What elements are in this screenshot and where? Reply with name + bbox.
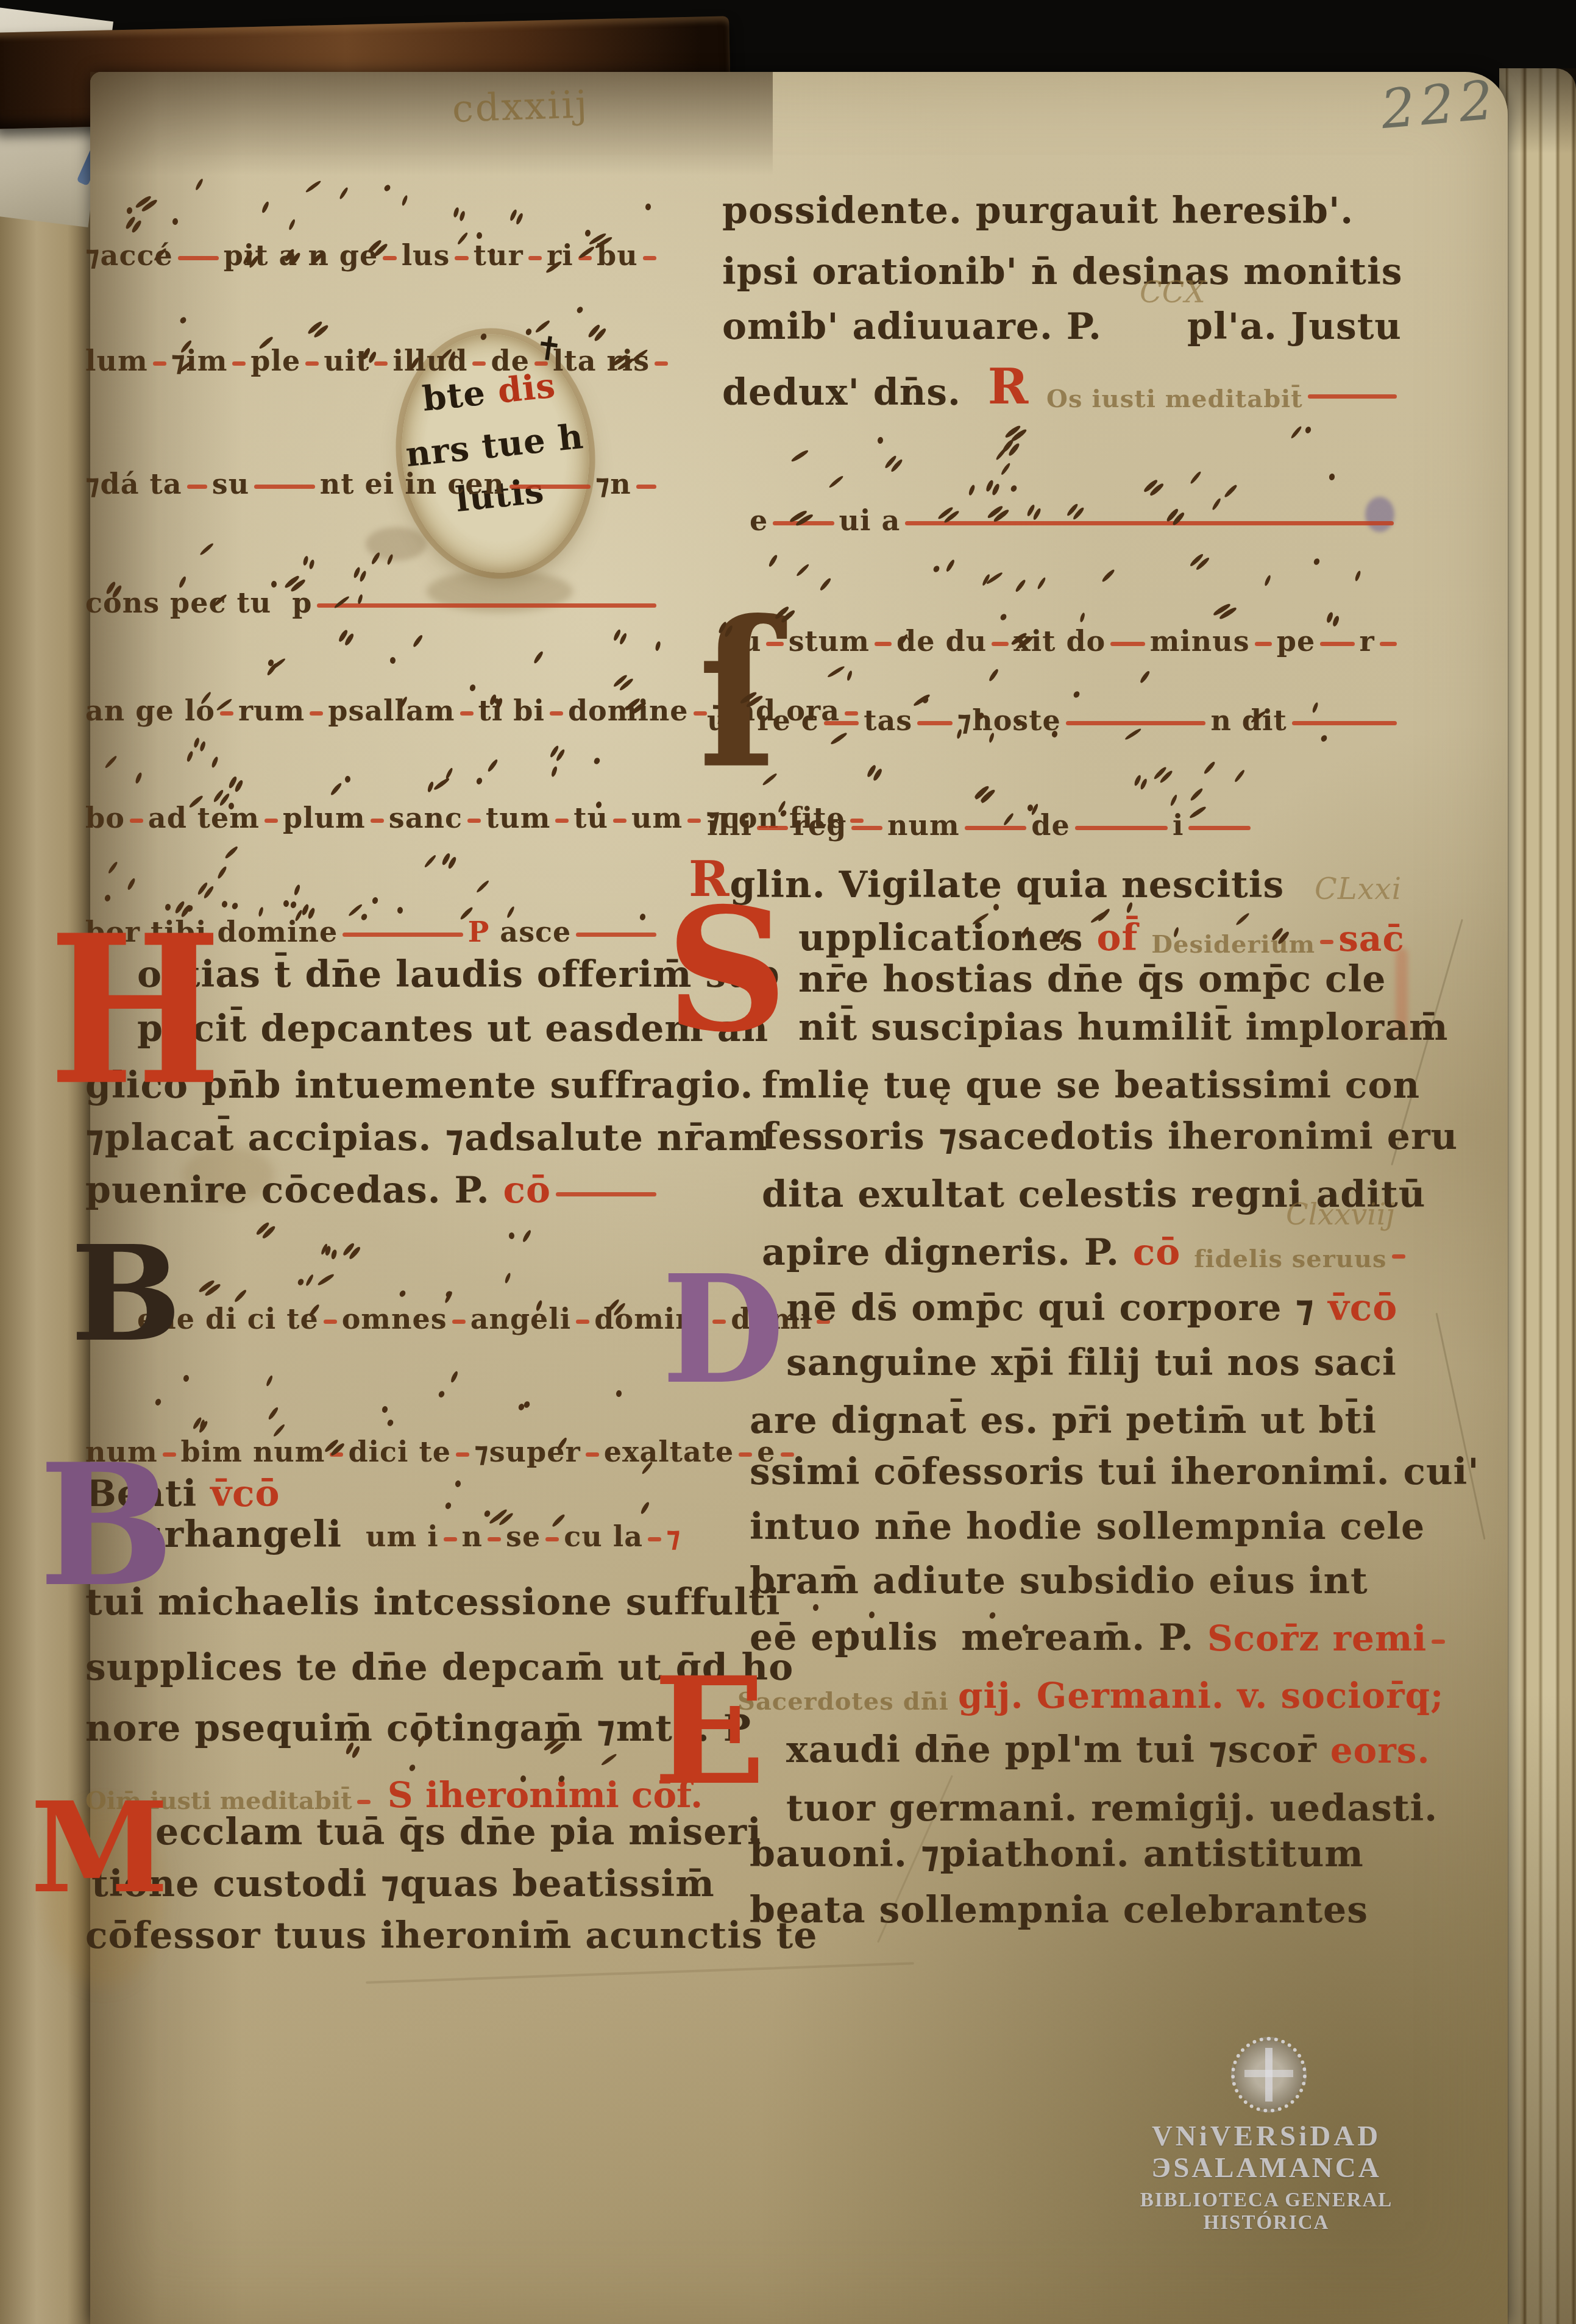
syllable: tione custodi ⁊quas beatissim̄ <box>91 1865 715 1903</box>
syllable: de <box>1031 811 1070 840</box>
text-line: CCX <box>1140 277 1237 308</box>
initial-h-hostias: H <box>49 926 221 1095</box>
syllable: um i <box>366 1522 439 1551</box>
syllable: v̄cō <box>1328 1289 1397 1327</box>
initial-s-supplicationes: S <box>666 901 788 1040</box>
music-line: ustumde duxit dominusper <box>740 627 1402 656</box>
text-line: puenire cōcedas. P. cō <box>85 1171 661 1210</box>
syllable: ⁊n <box>595 469 631 499</box>
syllable: ⁊hoste <box>957 706 1061 735</box>
staff-line-red <box>220 711 233 716</box>
syllable: bram̄ adiute subsidio eius int <box>750 1562 1368 1601</box>
syllable: psallam <box>328 696 455 725</box>
syllable: dici te <box>348 1437 451 1466</box>
staff-line-red <box>965 826 1027 830</box>
staff-line-red <box>1292 721 1397 725</box>
syllable: e <box>750 506 768 535</box>
initial-e-exaudi: E <box>653 1671 765 1792</box>
staff-line-red <box>1308 394 1397 399</box>
syllable: CLxxi <box>1315 874 1402 904</box>
syllable: Os iusti meditabit̄ <box>1046 386 1303 412</box>
syllable: tum <box>486 803 550 833</box>
syllable: ad tem <box>148 803 260 833</box>
staff-line-red <box>545 1537 559 1541</box>
text-line: bram̄ adiute subsidio eius int <box>750 1562 1402 1601</box>
text-line: are dignat̄ es. pr̄i petim̄ ut bt̄i <box>750 1402 1402 1440</box>
staff-line-red <box>555 819 569 823</box>
page-number: 222 <box>1379 68 1500 141</box>
syllable: reg <box>793 811 847 840</box>
syllable: num <box>887 811 960 840</box>
syllable: an ge lo <box>85 696 215 725</box>
syllable: lus <box>402 241 450 270</box>
text-line: tuor germani. remigij. uedasti. <box>786 1789 1402 1828</box>
staff-line-red <box>1110 642 1145 646</box>
staff-line-red <box>488 1537 501 1541</box>
syllable: nr̄e hostias dn̄e q̄s omp̄c cle <box>798 961 1386 999</box>
folio-mark: cdxxiij <box>452 82 590 131</box>
staff-line-red <box>824 721 859 725</box>
staff-line-red <box>917 721 952 725</box>
music-line: lum⁊impleuitilluddelta ris <box>85 346 661 375</box>
text-line: beata sollempnia celebrantes <box>750 1891 1402 1930</box>
staff-line-red <box>586 1452 599 1457</box>
staff-line-red <box>643 256 656 260</box>
syllable: ple <box>250 346 300 375</box>
neume-punctum <box>877 1627 883 1633</box>
syllable: ui a <box>839 506 901 535</box>
syllable: intuo nn̄e hodie sollempnia cele <box>750 1508 1425 1546</box>
syllable: Scor̄z remi <box>1207 1620 1427 1657</box>
text-line: eē epulismeream̄. P. Scor̄z remi <box>750 1619 1402 1657</box>
text-line: Oim̄ iusti meditabit̄ S iheronimi cōf. <box>85 1777 661 1814</box>
staff-line-red <box>1188 826 1251 830</box>
staff-line-red <box>576 1320 589 1324</box>
syllable: exaltate <box>604 1437 734 1466</box>
university-seal-watermark <box>1231 2037 1307 2113</box>
syllable: bim num <box>181 1437 325 1466</box>
syllable: gij. Germani. v. socior̄q; <box>958 1677 1444 1715</box>
staff-line-red <box>371 819 384 823</box>
syllable: tur <box>474 241 524 270</box>
text-line: fmlię tuę que se beatissimi con <box>762 1067 1402 1105</box>
watermark-line-3: BIBLIOTECA GENERAL HISTÓRICA <box>1114 2189 1419 2234</box>
staff-line-red <box>550 711 563 716</box>
show-through-word: nrs tue h <box>404 416 586 475</box>
staff-line-red <box>317 603 656 608</box>
syllable: beata sollempnia celebrantes <box>750 1891 1368 1930</box>
syllable: uit <box>324 346 369 375</box>
syllable: tui michaelis intcessione suffulti <box>85 1583 781 1622</box>
syllable: R <box>988 361 1046 412</box>
staff-line-red <box>232 361 246 366</box>
syllable: eors. <box>1330 1732 1430 1769</box>
text-line: nr̄e hostias dn̄e q̄s omp̄c cle <box>798 961 1402 999</box>
text-line: nit̄ suscipias humilit̄ imploram̄ <box>798 1009 1402 1047</box>
syllable: P <box>468 917 500 947</box>
syllable: sac̄ <box>1338 920 1405 958</box>
text-line: xaudi dn̄e ppl'm tui ⁊scor̄ eors. <box>786 1731 1402 1769</box>
staff-line-red <box>264 819 278 823</box>
syllable: plum <box>283 803 366 833</box>
music-line: um insecu la⁊ <box>366 1522 661 1551</box>
neume-punctum <box>397 907 403 914</box>
staff-line-red <box>1320 642 1354 646</box>
syllable: ecclam tuā q̄s dn̄e pia miseri <box>155 1813 762 1852</box>
syllable: pl'a. Justu <box>1187 308 1402 346</box>
staff-line-red <box>310 711 323 716</box>
syllable: domine <box>568 696 689 725</box>
syllable: xaudi dn̄e ppl'm tui ⁊scor̄ <box>786 1731 1330 1769</box>
syllable: minus <box>1150 627 1250 656</box>
syllable: r <box>1360 627 1375 656</box>
staff-line-red <box>992 642 1009 646</box>
syllable: tas <box>864 706 912 735</box>
syllable: omib' adiuuare. P. <box>722 308 1102 346</box>
staff-line-red <box>472 361 486 366</box>
neume-punctum <box>283 900 289 908</box>
staff-line-red <box>636 485 656 489</box>
syllable: fessoris ⁊sacedotis iheronimi eru <box>762 1118 1458 1156</box>
staff-line-red <box>383 256 396 260</box>
text-line: Sacerdotes dn̄i gij. Germani. v. socior̄… <box>737 1677 1402 1715</box>
syllable: glin. Vigilate quia nescitis <box>729 866 1284 904</box>
syllable: nt ei in cen <box>320 469 505 499</box>
staff-line-red <box>374 361 388 366</box>
staff-line-red <box>534 361 548 366</box>
text-line: upplicationes of̄ Desideriumsac̄ <box>798 919 1402 958</box>
text-line: tione custodi ⁊quas beatissim̄ <box>91 1865 661 1903</box>
syllable: eē epulis <box>750 1619 938 1657</box>
text-line: Rglin. Vigilate quia nescitisCLxxi <box>689 853 1402 904</box>
syllable: puenire cōcedas. P. <box>85 1171 503 1210</box>
text-line: intuo nn̄e hodie sollempnia cele <box>750 1508 1402 1546</box>
staff-line-red <box>905 521 1394 525</box>
staff-line-red <box>1320 940 1333 944</box>
syllable: Sacerdotes dn̄i <box>737 1689 958 1715</box>
syllable: illud <box>392 346 467 375</box>
syllable: n dit <box>1210 706 1287 735</box>
syllable: fidelis seruus <box>1194 1246 1386 1272</box>
staff-line-red <box>456 1452 469 1457</box>
syllable: upplicationes <box>798 919 1097 958</box>
staff-line-red <box>343 933 463 937</box>
syllable: su <box>212 469 249 499</box>
syllable: sanguine xp̄i filij tui nos saci <box>786 1344 1397 1382</box>
syllable: stum <box>789 627 870 656</box>
initial-i-iustum: ſ <box>698 613 777 778</box>
text-line: ecclam tuā q̄s dn̄e pia miseri <box>155 1813 661 1852</box>
syllable: um <box>631 803 683 833</box>
staff-line-red <box>305 361 319 366</box>
staff-line-red <box>444 1537 457 1541</box>
syllable: nit̄ suscipias humilit̄ imploram̄ <box>798 1009 1449 1047</box>
staff-line-red <box>455 256 468 260</box>
staff-line-red <box>757 826 788 830</box>
staff-line-red <box>254 485 315 489</box>
syllable: illi <box>707 811 752 840</box>
syllable: are dignat̄ es. pr̄i petim̄ ut bt̄i <box>750 1402 1377 1440</box>
syllable: ti bi <box>478 696 545 725</box>
show-through-word: bte <box>421 371 500 419</box>
syllable: rum <box>238 696 305 725</box>
initial-m-ecclesiam: M <box>30 1797 169 1899</box>
staff-line-red <box>576 933 656 937</box>
text-line: fessoris ⁊sacedotis iheronimi eru <box>762 1118 1402 1156</box>
syllable: cōfessor tuus iheronim̄ acunctis te <box>85 1917 818 1955</box>
staff-line-red <box>1432 1640 1445 1644</box>
music-line: ene di ci teomnesangelidominidomi <box>137 1304 661 1334</box>
staff-line-red <box>556 1192 656 1196</box>
fore-edge-shadow <box>1499 68 1576 2324</box>
staff-line-red <box>1066 721 1206 725</box>
syllable: lta ris <box>553 346 650 375</box>
initial-b-benedicite: B <box>71 1240 182 1348</box>
text-line: Clxxviij <box>1286 1199 1444 1230</box>
watermark-line-1: VNiVERSiDAD <box>1145 2120 1388 2153</box>
syllable: Clxxviij <box>1286 1199 1395 1230</box>
syllable: asce <box>500 917 571 947</box>
syllable: cō <box>1133 1234 1194 1272</box>
staff-line-red <box>467 819 481 823</box>
syllable: cu la <box>564 1522 643 1551</box>
syllable: fmlię tuę que se beatissimi con <box>762 1067 1420 1105</box>
staff-line-red <box>357 1800 371 1804</box>
staff-line-red <box>509 485 591 489</box>
neume-punctum <box>509 1232 514 1239</box>
syllable: lum <box>85 346 148 375</box>
syllable: i <box>1173 811 1184 840</box>
syllable: ⁊dá ta <box>85 469 182 499</box>
text-line: omib' adiuuare. P.pl'a. Justu <box>722 308 1402 346</box>
staff-line-red <box>655 361 668 366</box>
syllable: of̄ <box>1097 919 1152 958</box>
syllable: cō <box>503 1171 551 1210</box>
text-line: ipsi orationib' n̄ desinas monitis <box>722 253 1402 291</box>
staff-line-red <box>1392 1254 1405 1259</box>
staff-line-red <box>1075 826 1168 830</box>
syllable: possidente. purgauit heresib'. <box>722 192 1354 230</box>
watermark-line-2: ЭSALAMANCA <box>1145 2152 1388 2184</box>
staff-line-red <box>687 819 701 823</box>
syllable: CCX <box>1140 277 1205 308</box>
text-line: ssimi cōfessoris tui iheronimi. cui' <box>750 1453 1402 1491</box>
staff-line-red <box>178 256 219 260</box>
manuscript-photo: ✝ bte disnrs tue hlutis 222 cdxxiij ⁊acc… <box>0 0 1576 2324</box>
staff-line-red <box>528 256 542 260</box>
text-line: supplices te dn̄e depcam̄ ut q̄d ho <box>85 1649 661 1687</box>
syllable: ⁊ <box>666 1522 681 1551</box>
show-through-text: nrs tue h <box>400 416 589 475</box>
syllable: ssimi cōfessoris tui iheronimi. cui' <box>750 1453 1480 1491</box>
syllable: ipsi orationib' n̄ desinas monitis <box>722 253 1402 291</box>
initial-b-archangeli: B <box>39 1457 174 1594</box>
staff-line-red <box>1255 642 1272 646</box>
syllable: sanc <box>389 803 463 833</box>
staff-line-red <box>1380 642 1397 646</box>
music-line: illiregnumdei <box>707 811 1255 840</box>
music-line: an ge lorumpsallamti bidomine⁊ ad ora <box>85 696 661 725</box>
syllable: de du <box>896 627 987 656</box>
staff-line-red <box>130 819 143 823</box>
staff-line-red <box>187 485 207 489</box>
staff-line-red <box>324 1320 337 1324</box>
music-line: boad templumsanctumtuum⁊con fite <box>85 803 661 833</box>
text-line: sanguine xp̄i filij tui nos saci <box>786 1344 1402 1382</box>
syllable: n <box>462 1522 483 1551</box>
syllable: se <box>506 1522 541 1551</box>
staff-line-red <box>851 826 882 830</box>
syllable: bauoni. ⁊piathoni. antistitum <box>750 1835 1364 1874</box>
staff-line-red <box>875 642 892 646</box>
syllable: tu <box>573 803 608 833</box>
staff-line-red <box>460 711 474 716</box>
text-line: nore psequim̄ cōtingam̄ ⁊mte. P <box>85 1710 661 1748</box>
syllable: ne̅ ds̄ omp̄c qui corpore ⁊ <box>786 1289 1328 1327</box>
syllable: de <box>491 346 529 375</box>
text-line: cōfessor tuus iheronim̄ acunctis te <box>85 1917 661 1955</box>
staff-line-red <box>613 819 626 823</box>
staff-line-red <box>648 1537 661 1541</box>
staff-line-red <box>153 361 166 366</box>
text-line: bauoni. ⁊piathoni. antistitum <box>750 1835 1402 1874</box>
syllable: cons pec tu p <box>85 588 312 617</box>
text-line: possidente. purgauit heresib'. <box>722 192 1402 230</box>
syllable: omnes <box>342 1304 447 1334</box>
music-line: ⁊dá tasunt ei in cen⁊n <box>85 469 661 499</box>
syllable: tuor germani. remigij. uedasti. <box>786 1789 1438 1828</box>
staff-line-red <box>452 1320 466 1324</box>
neume-punctum <box>993 904 999 911</box>
text-line: dedux' dn̄s. R Os iusti meditabit̄ <box>722 361 1402 412</box>
syllable: meream̄. P. <box>961 1619 1207 1657</box>
text-line: apire digneris. P. cō fidelis seruus <box>762 1234 1402 1272</box>
syllable: angeli <box>470 1304 572 1334</box>
syllable: bo <box>85 803 125 833</box>
top-shadow <box>90 72 773 176</box>
syllable: v̄cō <box>210 1475 280 1513</box>
music-line: cons pec tu p <box>85 588 661 617</box>
syllable: apire digneris. P. <box>762 1234 1133 1272</box>
initial-d-omnipotens: D <box>662 1269 784 1391</box>
text-line: ne̅ ds̄ omp̄c qui corpore ⁊ v̄cō <box>786 1289 1402 1327</box>
syllable: dedux' dn̄s. <box>722 374 988 412</box>
syllable: pe <box>1277 627 1315 656</box>
